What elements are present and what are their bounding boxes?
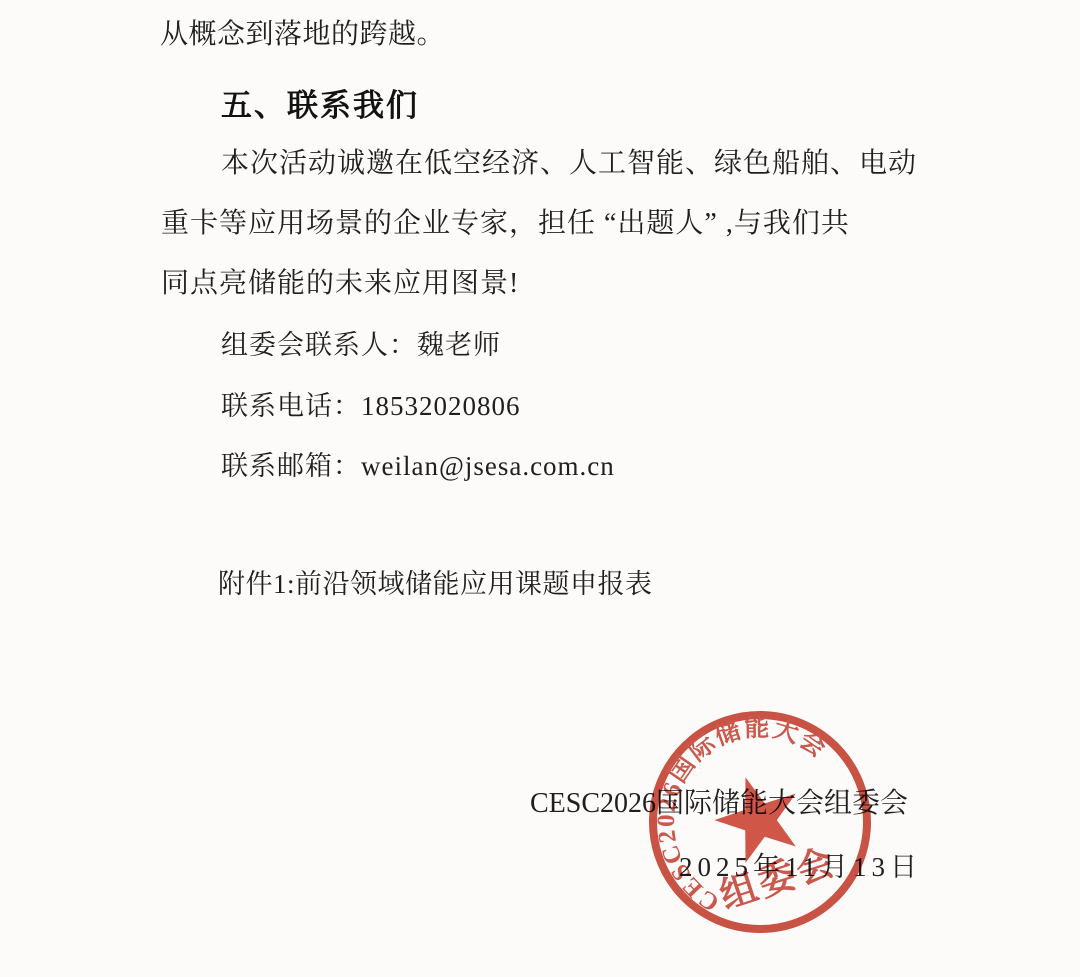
attachment-line: 附件1:前沿领域储能应用课题申报表 xyxy=(218,562,653,601)
contact-phone-line: 联系电话：18532020806 xyxy=(221,384,521,423)
contact-email-value: weilan@jsesa.com.cn xyxy=(361,451,615,481)
contact-phone-label: 联系电话： xyxy=(221,391,361,421)
contact-person-value: 魏老师 xyxy=(417,330,501,360)
contact-phone-value: 18532020806 xyxy=(361,391,521,421)
contact-person-label: 组委会联系人： xyxy=(221,330,417,360)
document-page: 从概念到落地的跨越。 五、联系我们 本次活动诚邀在低空经济、人工智能、绿色船舶、… xyxy=(0,0,1080,977)
intro-line: 从概念到落地的跨越。 xyxy=(160,12,445,52)
paragraph-line-2: 重卡等应用场景的企业专家，担任 “出题人” ,与我们共 xyxy=(161,201,850,241)
section-heading: 五、联系我们 xyxy=(221,80,419,125)
paragraph-line-1: 本次活动诚邀在低空经济、人工智能、绿色船舶、电动 xyxy=(221,141,917,181)
official-stamp-seal: CESC2026国际储能大会 组委会 xyxy=(628,690,894,956)
paragraph-line-3: 同点亮储能的未来应用图景! xyxy=(161,261,519,301)
contact-email-label: 联系邮箱： xyxy=(221,451,361,481)
contact-email-line: 联系邮箱：weilan@jsesa.com.cn xyxy=(221,444,615,483)
contact-person-line: 组委会联系人：魏老师 xyxy=(221,323,501,362)
